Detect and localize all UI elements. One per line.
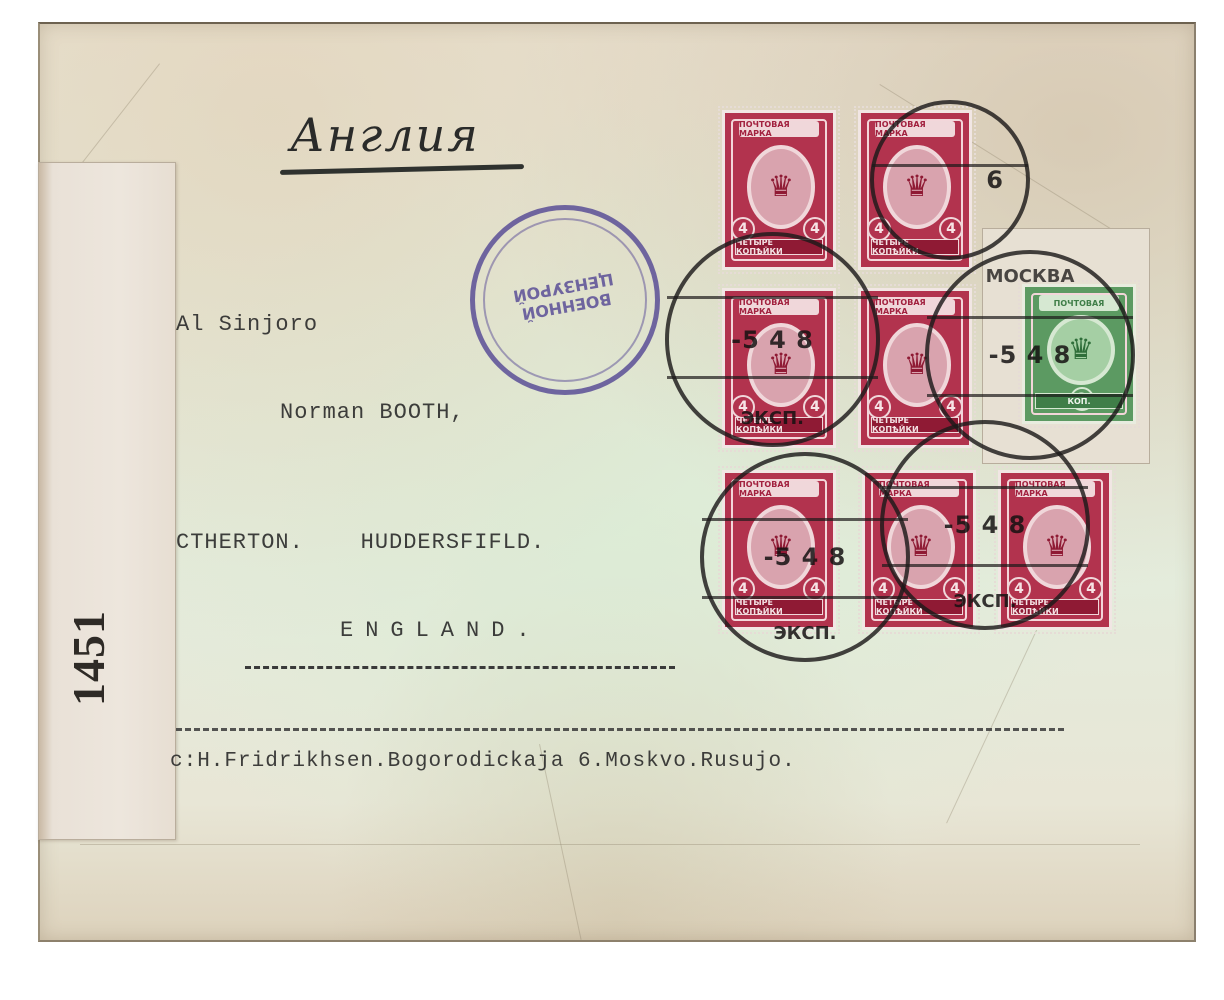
stationery-stamp-2-kopek: ПОЧТОВАЯ ♛ 2 КОП. <box>1022 284 1136 424</box>
double-eagle-icon: ♛ <box>747 323 815 407</box>
censor-label-strip <box>38 162 176 840</box>
stamp-top-label: ПОЧТОВАЯ МАРКА <box>875 299 955 315</box>
stamp-bottom-label: ЧЕТЫРЕ КОПѢЙКИ <box>871 417 959 433</box>
paper-crease <box>946 624 1040 824</box>
double-eagle-icon: ♛ <box>1047 315 1115 385</box>
stamp-4-kopek: ПОЧТОВАЯ МАРКА ♛ 4 4 ЧЕТЫРЕ КОПѢЙКИ <box>722 288 836 448</box>
stamp-4-kopek: ПОЧТОВАЯ МАРКА ♛ 4 4 ЧЕТЫРЕ КОПѢЙКИ <box>858 110 972 270</box>
paper-crease <box>80 844 1140 845</box>
double-eagle-icon: ♛ <box>747 145 815 229</box>
double-eagle-icon: ♛ <box>883 323 951 407</box>
stamp-bottom-label: ЧЕТЫРЕ КОПѢЙКИ <box>1011 599 1099 615</box>
stamp-4-kopek: ПОЧТОВАЯ МАРКА ♛ 4 4 ЧЕТЫРЕ КОПѢЙКИ <box>998 470 1112 630</box>
stamp-bottom-label: ЧЕТЫРЕ КОПѢЙКИ <box>871 239 959 255</box>
addressee-town: CTHERTON. HUDDERSFIFLD. <box>176 530 545 555</box>
stamp-4-kopek: ПОЧТОВАЯ МАРКА ♛ 4 4 ЧЕТЫРЕ КОПѢЙКИ <box>722 470 836 630</box>
censor-handstamp: ВОЕННОЙ ЦЕНЗУРОЙ <box>470 205 660 395</box>
double-eagle-icon: ♛ <box>883 145 951 229</box>
stamp-top-label: ПОЧТОВАЯ МАРКА <box>875 121 955 137</box>
addressee-country: ENGLAND. <box>340 618 542 643</box>
censor-number: 1451 <box>28 628 148 688</box>
dashed-separator <box>176 728 1064 731</box>
double-eagle-icon: ♛ <box>747 505 815 589</box>
stamp-bottom-label: КОП. <box>1035 393 1123 409</box>
stamp-bottom-label: ЧЕТЫРЕ КОПѢЙКИ <box>735 599 823 615</box>
addressee-salutation: Al Sinjoro <box>176 312 318 337</box>
handwritten-destination: Англия <box>290 108 480 162</box>
sender-address: c:H.Fridrikhsen.Bogorodickaja 6.Moskvo.R… <box>170 750 796 773</box>
double-eagle-icon: ♛ <box>887 505 955 589</box>
stamp-4-kopek: ПОЧТОВАЯ МАРКА ♛ 4 4 ЧЕТЫРЕ КОПѢЙКИ <box>858 288 972 448</box>
addressee-name: Norman BOOTH, <box>280 400 465 425</box>
stamp-bottom-label: ЧЕТЫРЕ КОПѢЙКИ <box>735 417 823 433</box>
stamp-top-label: ПОЧТОВАЯ МАРКА <box>879 481 959 497</box>
stamp-4-kopek: ПОЧТОВАЯ МАРКА ♛ 4 4 ЧЕТЫРЕ КОПѢЙКИ <box>722 110 836 270</box>
stamp-top-label: ПОЧТОВАЯ МАРКА <box>1015 481 1095 497</box>
dashed-underline <box>245 666 675 669</box>
stamp-bottom-label: ЧЕТЫРЕ КОПѢЙКИ <box>735 239 823 255</box>
stamp-top-label: ПОЧТОВАЯ <box>1039 295 1119 311</box>
censor-handstamp-text: ВОЕННОЙ ЦЕНЗУРОЙ <box>503 268 628 326</box>
double-eagle-icon: ♛ <box>1023 505 1091 589</box>
stamp-top-label: ПОЧТОВАЯ МАРКА <box>739 481 819 497</box>
stamp-top-label: ПОЧТОВАЯ МАРКА <box>739 121 819 137</box>
stamp-bottom-label: ЧЕТЫРЕ КОПѢЙКИ <box>875 599 963 615</box>
stamp-4-kopek: ПОЧТОВАЯ МАРКА ♛ 4 4 ЧЕТЫРЕ КОПѢЙКИ <box>862 470 976 630</box>
stamp-top-label: ПОЧТОВАЯ МАРКА <box>739 299 819 315</box>
paper-crease <box>539 744 582 940</box>
